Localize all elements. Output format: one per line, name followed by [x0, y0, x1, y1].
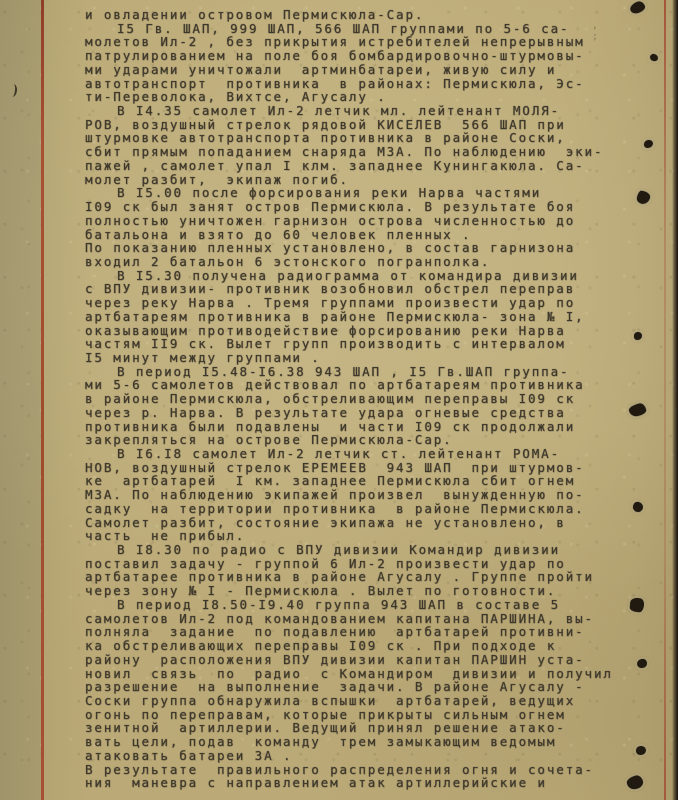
ink-spot	[644, 140, 653, 148]
text-line: В результате правильного распределения о…	[85, 763, 650, 777]
text-line: оказывающим противодействие форсированию…	[85, 324, 650, 338]
text-line: пажей , самолет упал I клм. западнее Кун…	[85, 159, 650, 173]
text-line: вать цели, подав команду трем замыкающим…	[85, 735, 650, 749]
text-line: В I5.00 после форсирования реки Нарва ча…	[85, 186, 650, 200]
text-line: РОВ, воздушный стрелок рядовой КИСЕЛЕВ 5…	[85, 118, 650, 132]
text-line: закрепляться на острове Пермискюла-Сар.	[85, 433, 650, 447]
text-line: разрешение на выполнение задачи. В район…	[85, 680, 650, 694]
text-line: молет разбит, экипаж погиб.	[85, 173, 650, 187]
text-line: В период I8.50-I9.40 группа 943 ШАП в со…	[85, 598, 650, 612]
text-line: В I8.30 по радио с ВПУ дивизии Командир …	[85, 543, 650, 557]
text-line: батальона и взято до 60 человек пленных …	[85, 228, 650, 242]
document-text: и овладении островом Пермискюла-Сар.I5 Г…	[85, 8, 650, 790]
text-line: I5 Гв. ШАП, 999 ШАП, 566 ШАП группами по…	[85, 22, 650, 36]
text-line: Соски группа обнаружила вспышки артбатар…	[85, 694, 650, 708]
text-line: через зону № I - Пермискюла . Вылет по г…	[85, 584, 650, 598]
text-line: В I4.35 самолет Ил-2 летчик мл. лейтенан…	[85, 104, 650, 118]
text-line: автотранспорт противника в районах: Перм…	[85, 77, 650, 91]
scanned-page: , ; и овладении островом Пермискюла-Сар.…	[0, 0, 678, 800]
text-line: По показанию пленных установлено, в сост…	[85, 241, 650, 255]
text-line: В I6.I8 самолет Ил-2 летчик ст. лейтенан…	[85, 447, 650, 461]
page-edge-shadow	[672, 0, 678, 800]
right-red-margin-line	[664, 0, 666, 800]
text-line: поставил задачу - группой 6 Ил-2 произве…	[85, 557, 650, 571]
text-line: противника были подавлены и части I09 ск…	[85, 420, 650, 434]
text-line: садку на территории противника в районе …	[85, 502, 650, 516]
ink-spot	[629, 597, 644, 612]
text-line: атаковать батареи ЗА .	[85, 749, 650, 763]
text-line: НОВ, воздушный стрелок ЕРЕМЕЕВ 943 ШАП п…	[85, 461, 650, 475]
text-line: входил 2 батальон 6 эстонского погранпол…	[85, 255, 650, 269]
text-line: молетов Ил-2 , без прикрытия истребителе…	[85, 35, 650, 49]
text-line: с ВПУ дивизии- противник возобновил обст…	[85, 282, 650, 296]
text-line: огонь по переправам, которые прикрыты си…	[85, 708, 650, 722]
text-line: новил связь по радио с Командиром дивизи…	[85, 667, 650, 681]
text-line: ния маневра с направлением атак артиллер…	[85, 776, 650, 790]
text-line: В I5.30 получена радиограмма от командир…	[85, 269, 650, 283]
text-line: через р. Нарва. В результате удара огнев…	[85, 406, 650, 420]
text-line: В период I5.48-I6.38 943 ШАП , I5 Гв.ШАП…	[85, 365, 650, 379]
text-line: ми 5-6 самолетов действовал по артбатаре…	[85, 378, 650, 392]
text-line: Самолет разбит, состояние экипажа не уст…	[85, 516, 650, 530]
text-line: МЗА. По наблюдению экипажей произвел вын…	[85, 488, 650, 502]
text-line: I5 минут между группами .	[85, 351, 650, 365]
text-line: часть не прибыл.	[85, 529, 650, 543]
ink-spot	[649, 53, 658, 61]
text-line: через реку Нарва . Тремя группами произв…	[85, 296, 650, 310]
text-line: полностью уничтожен гарнизон острова чис…	[85, 214, 650, 228]
text-line: ти-Переволока, Вихтсе, Агусалу .	[85, 90, 650, 104]
text-line: патрулированием на поле боя бомбардирово…	[85, 49, 650, 63]
stray-pen-mark	[9, 84, 17, 98]
text-line: району расположения ВПУ дивизии капитан …	[85, 653, 650, 667]
text-line: и овладении островом Пермискюла-Сар.	[85, 8, 650, 22]
text-line: самолетов Ил-2 под командованием капитан…	[85, 612, 650, 626]
text-line: ка обстреливающих переправы I09 ск . При…	[85, 639, 650, 653]
text-line: зенитной артиллерии. Ведущий принял реше…	[85, 721, 650, 735]
text-line: в районе Пермискюла, обстреливающим пере…	[85, 392, 650, 406]
text-line: артбатареям противника в районе Пермискю…	[85, 310, 650, 324]
text-line: ке артбатарей I км. западнее Пермискюла …	[85, 474, 650, 488]
text-line: частям II9 ск. Вылет групп производить с…	[85, 337, 650, 351]
left-red-margin-line	[41, 0, 44, 800]
text-line: полняла задание по подавлению артбатарей…	[85, 625, 650, 639]
text-line: штурмовке автотранспорта противника в ра…	[85, 131, 650, 145]
text-line: сбит прямым попаданием снаряда МЗА. По н…	[85, 145, 650, 159]
text-line: ми ударами уничтожали артминбатареи, жив…	[85, 63, 650, 77]
text-line: артбатарее противника в районе Агусалу .…	[85, 570, 650, 584]
text-line: I09 ск был занят остров Пермискюла. В ре…	[85, 200, 650, 214]
